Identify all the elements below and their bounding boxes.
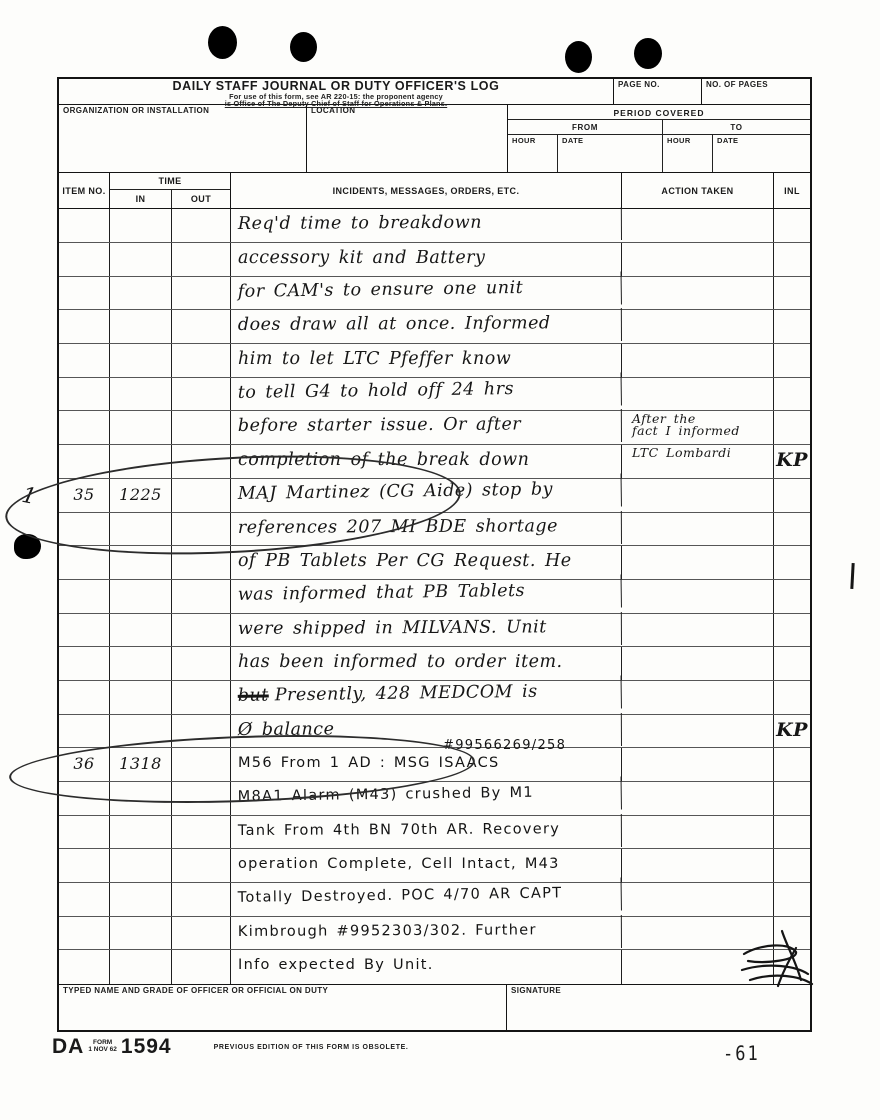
hole-punch-mark xyxy=(290,32,317,62)
time-out-cell xyxy=(172,950,231,984)
initials-cell xyxy=(774,546,810,579)
form-header: DAILY STAFF JOURNAL OR DUTY OFFICER'S LO… xyxy=(59,79,810,105)
initials-cell: KP xyxy=(774,445,810,478)
initials-cell xyxy=(774,681,810,714)
action-taken-cell: After the fact I informed xyxy=(622,411,774,444)
time-out-cell xyxy=(172,445,231,478)
time-out-cell xyxy=(172,344,231,377)
time-in-cell xyxy=(110,513,172,546)
no-of-pages-label: NO. OF PAGES xyxy=(702,79,810,90)
time-in-cell xyxy=(110,344,172,377)
action-taken-cell xyxy=(622,580,774,613)
action-taken-header: ACTION TAKEN xyxy=(622,173,774,208)
table-row: 36 1318 M56 From 1 AD : MSG ISAACS #9956… xyxy=(59,748,810,782)
item-no-cell xyxy=(59,849,110,882)
initials-cell xyxy=(774,816,810,849)
initials-cell xyxy=(774,849,810,882)
time-out-cell xyxy=(172,715,231,748)
initials-cell xyxy=(774,580,810,613)
item-no-cell xyxy=(59,411,110,444)
action-taken-cell xyxy=(622,479,774,512)
no-of-pages-box: NO. OF PAGES xyxy=(702,79,810,104)
time-out-cell xyxy=(172,277,231,310)
time-out-cell xyxy=(172,816,231,849)
action-taken-cell xyxy=(622,782,774,815)
time-out-cell xyxy=(172,243,231,276)
action-taken-cell xyxy=(622,344,774,377)
hour-label: HOUR xyxy=(663,135,712,145)
initials-cell xyxy=(774,411,810,444)
item-no-header: ITEM NO. xyxy=(59,173,110,208)
incidents-cell: MAJ Martinez (CG Aide) stop by xyxy=(231,473,622,511)
date-label: DATE xyxy=(713,135,810,145)
initials-cell xyxy=(774,782,810,815)
time-out-cell xyxy=(172,479,231,512)
table-row: to tell G4 to hold off 24 hrs xyxy=(59,378,810,412)
organization-label: ORGANIZATION OR INSTALLATION xyxy=(59,105,306,116)
time-out-label: OUT xyxy=(172,190,230,208)
form-number: 1594 xyxy=(121,1036,172,1057)
table-row: for CAM's to ensure one unit xyxy=(59,277,810,311)
time-out-cell xyxy=(172,614,231,647)
to-date-box: DATE xyxy=(713,135,810,172)
time-in-cell xyxy=(110,243,172,276)
item-no-cell xyxy=(59,243,110,276)
item-no-cell xyxy=(59,378,110,411)
initials-cell xyxy=(774,647,810,680)
action-taken-cell xyxy=(622,647,774,680)
table-row: of PB Tablets Per CG Request. He xyxy=(59,546,810,580)
initials-cell xyxy=(774,378,810,411)
time-in-cell xyxy=(110,883,172,916)
organization-box: ORGANIZATION OR INSTALLATION xyxy=(59,105,307,172)
item-no-cell xyxy=(59,647,110,680)
action-taken-cell xyxy=(622,748,774,781)
table-row: M8A1 Alarm (M43) crushed By M1 xyxy=(59,782,810,816)
signature-scrawl xyxy=(738,928,822,992)
margin-mark: 1 xyxy=(20,483,39,510)
incidents-cell: Tank From 4th BN 70th AR. Recovery xyxy=(231,814,622,849)
initials-cell: KP xyxy=(774,715,810,748)
incidents-cell: Req'd time to breakdown xyxy=(231,207,622,242)
incidents-cell: was informed that PB Tablets xyxy=(231,574,622,612)
time-in-cell xyxy=(110,614,172,647)
typed-name-label: TYPED NAME AND GRADE OF OFFICER OR OFFIC… xyxy=(59,985,506,996)
time-out-cell xyxy=(172,917,231,950)
table-row: Totally Destroyed. POC 4/70 AR CAPT xyxy=(59,883,810,917)
action-taken-cell xyxy=(622,243,774,276)
obsolete-note: PREVIOUS EDITION OF THIS FORM IS OBSOLET… xyxy=(214,1044,409,1051)
time-in-cell xyxy=(110,277,172,310)
from-label: FROM xyxy=(508,120,663,134)
form-prefix: DA xyxy=(52,1036,84,1057)
initials-cell xyxy=(774,277,810,310)
hole-punch-mark xyxy=(208,26,237,59)
time-in-cell xyxy=(110,580,172,613)
action-taken-cell xyxy=(622,816,774,849)
action-taken-cell xyxy=(622,614,774,647)
initials-cell xyxy=(774,310,810,343)
table-row: Info expected By Unit. xyxy=(59,950,810,984)
action-taken-cell xyxy=(622,378,774,411)
table-column-headers: ITEM NO. TIME IN OUT INCIDENTS, MESSAGES… xyxy=(59,173,810,209)
incidents-cell: does draw all at once. Informed xyxy=(231,308,622,343)
item-no-cell xyxy=(59,950,110,984)
form-word: FORM xyxy=(93,1039,112,1046)
item-no-cell xyxy=(59,715,110,748)
time-out-cell xyxy=(172,580,231,613)
page-no-box: PAGE NO. xyxy=(614,79,702,104)
incidents-cell: Info expected By Unit. xyxy=(231,950,622,984)
initials-cell xyxy=(774,209,810,242)
table-row: does draw all at once. Informed xyxy=(59,310,810,344)
item-no-cell xyxy=(59,546,110,579)
table-row: completion of the break down LTC Lombard… xyxy=(59,445,810,479)
incidents-header: INCIDENTS, MESSAGES, ORDERS, ETC. xyxy=(231,173,622,208)
incidents-cell: Totally Destroyed. POC 4/70 AR CAPT xyxy=(231,878,622,916)
hole-punch-mark xyxy=(565,41,592,73)
initials-cell xyxy=(774,344,810,377)
time-in-cell xyxy=(110,849,172,882)
incidents-cell: completion of the break down xyxy=(231,445,622,478)
item-no-cell xyxy=(59,310,110,343)
ink-blob-mark xyxy=(14,534,41,559)
hour-label: HOUR xyxy=(508,135,557,145)
item-no-cell: 35 xyxy=(59,479,110,512)
table-row: him to let LTC Pfeffer know xyxy=(59,344,810,378)
action-taken-cell xyxy=(622,513,774,546)
time-out-cell xyxy=(172,310,231,343)
incidents-cell: has been informed to order item. xyxy=(231,647,622,680)
table-row: was informed that PB Tablets xyxy=(59,580,810,614)
table-row: operation Complete, Cell Intact, M43 xyxy=(59,849,810,883)
action-taken-cell xyxy=(622,849,774,882)
form-title: DAILY STAFF JOURNAL OR DUTY OFFICER'S LO… xyxy=(59,80,613,93)
item-no-cell xyxy=(59,782,110,815)
incidents-cell: before starter issue. Or after xyxy=(231,409,622,444)
item-no-cell xyxy=(59,513,110,546)
time-in-cell xyxy=(110,715,172,748)
incidents-cell: references 207 MI BDE shortage xyxy=(231,511,622,546)
time-in-cell xyxy=(110,310,172,343)
item-no-cell: 36 xyxy=(59,748,110,781)
form-footer: TYPED NAME AND GRADE OF OFFICER OR OFFIC… xyxy=(59,984,810,1030)
incidents-cell: M8A1 Alarm (M43) crushed By M1 xyxy=(231,777,622,815)
time-label: TIME xyxy=(110,173,230,190)
form-edition-date: 1 NOV 62 xyxy=(88,1046,117,1053)
action-taken-cell xyxy=(622,883,774,916)
info-section: ORGANIZATION OR INSTALLATION LOCATION PE… xyxy=(59,105,810,173)
time-out-cell xyxy=(172,782,231,815)
incidents-cell: accessory kit and Battery xyxy=(231,243,622,276)
time-in-cell xyxy=(110,681,172,714)
right-edge-mark xyxy=(850,563,854,589)
action-taken-cell xyxy=(622,681,774,714)
time-in-cell xyxy=(110,647,172,680)
time-in-cell xyxy=(110,546,172,579)
initials-cell xyxy=(774,883,810,916)
form-title-block: DAILY STAFF JOURNAL OR DUTY OFFICER'S LO… xyxy=(59,79,614,104)
form-number-line: DA FORM 1 NOV 62 1594 PREVIOUS EDITION O… xyxy=(52,1036,408,1057)
log-table-body: Req'd time to breakdown accessory kit an… xyxy=(59,209,810,984)
item-no-cell xyxy=(59,883,110,916)
table-row: Kimbrough #9952303/302. Further xyxy=(59,917,810,951)
form-edition: FORM 1 NOV 62 xyxy=(88,1039,117,1054)
incidents-cell: of PB Tablets Per CG Request. He xyxy=(231,546,622,579)
reference-number: #99566269/258 xyxy=(443,739,566,752)
time-out-cell xyxy=(172,411,231,444)
time-in-out-row: IN OUT xyxy=(110,190,230,208)
hour-date-row: HOUR DATE HOUR DATE xyxy=(508,135,810,172)
time-out-cell xyxy=(172,546,231,579)
initials-cell xyxy=(774,748,810,781)
item-no-cell xyxy=(59,614,110,647)
period-covered-box: PERIOD COVERED FROM TO HOUR DATE HOUR DA… xyxy=(508,105,810,172)
time-out-cell xyxy=(172,209,231,242)
inl-header: INL xyxy=(774,173,810,208)
table-row: before starter issue. Or after After the… xyxy=(59,411,810,445)
incidents-cell: were shipped in MILVANS. Unit xyxy=(231,612,622,647)
to-hour-box: HOUR xyxy=(663,135,713,172)
action-taken-cell xyxy=(622,546,774,579)
time-in-cell xyxy=(110,209,172,242)
table-row: 35 1225 MAJ Martinez (CG Aide) stop by xyxy=(59,479,810,513)
location-label: LOCATION xyxy=(307,105,507,116)
table-row: has been informed to order item. xyxy=(59,647,810,681)
time-in-cell: 1318 xyxy=(110,748,172,781)
typed-name-box: TYPED NAME AND GRADE OF OFFICER OR OFFIC… xyxy=(59,985,507,1030)
incidents-cell: M56 From 1 AD : MSG ISAACS xyxy=(231,748,622,781)
time-in-cell xyxy=(110,378,172,411)
table-row: were shipped in MILVANS. Unit xyxy=(59,614,810,648)
table-row: butPresently, 428 MEDCOM is xyxy=(59,681,810,715)
item-no-cell xyxy=(59,445,110,478)
period-covered-label: PERIOD COVERED xyxy=(508,105,810,120)
time-in-cell xyxy=(110,445,172,478)
initials-cell xyxy=(774,243,810,276)
item-no-cell xyxy=(59,917,110,950)
time-out-cell xyxy=(172,647,231,680)
time-in-cell: 1225 xyxy=(110,479,172,512)
incidents-cell: to tell G4 to hold off 24 hrs xyxy=(231,372,622,410)
incidents-cell: Kimbrough #9952303/302. Further xyxy=(231,915,622,950)
time-out-cell xyxy=(172,849,231,882)
page-corner-number: -61 xyxy=(723,1043,760,1066)
table-row: Req'd time to breakdown xyxy=(59,209,810,243)
time-out-cell xyxy=(172,748,231,781)
struck-out-word: but xyxy=(238,685,269,705)
table-row: accessory kit and Battery xyxy=(59,243,810,277)
table-row: references 207 MI BDE shortage xyxy=(59,513,810,547)
table-row: Tank From 4th BN 70th AR. Recovery xyxy=(59,816,810,850)
item-no-cell xyxy=(59,816,110,849)
from-to-row: FROM TO xyxy=(508,120,810,135)
initials-cell xyxy=(774,479,810,512)
time-header: TIME IN OUT xyxy=(110,173,231,208)
time-in-cell xyxy=(110,950,172,984)
incidents-cell: him to let LTC Pfeffer know xyxy=(231,344,622,377)
time-out-cell xyxy=(172,681,231,714)
initials-cell xyxy=(774,513,810,546)
action-taken-cell xyxy=(622,277,774,310)
incidents-cell: butPresently, 428 MEDCOM is xyxy=(231,676,622,714)
time-out-cell xyxy=(172,378,231,411)
table-row: Ø balance KP xyxy=(59,715,810,749)
incidents-cell: for CAM's to ensure one unit xyxy=(231,271,622,309)
hole-punch-mark xyxy=(634,38,662,69)
incidents-cell: operation Complete, Cell Intact, M43 xyxy=(231,849,622,882)
da-form-1594: DAILY STAFF JOURNAL OR DUTY OFFICER'S LO… xyxy=(57,77,812,1032)
item-no-cell xyxy=(59,277,110,310)
action-taken-cell xyxy=(622,715,774,748)
item-no-cell xyxy=(59,344,110,377)
time-in-cell xyxy=(110,411,172,444)
from-date-box: DATE xyxy=(558,135,663,172)
item-no-cell xyxy=(59,580,110,613)
time-in-cell xyxy=(110,816,172,849)
time-in-cell xyxy=(110,917,172,950)
initials-cell xyxy=(774,614,810,647)
item-no-cell xyxy=(59,209,110,242)
from-hour-box: HOUR xyxy=(508,135,558,172)
time-in-label: IN xyxy=(110,190,172,208)
location-box: LOCATION xyxy=(307,105,508,172)
page-no-label: PAGE NO. xyxy=(614,79,701,90)
time-in-cell xyxy=(110,782,172,815)
action-taken-cell xyxy=(622,310,774,343)
action-taken-cell: LTC Lombardi xyxy=(622,445,774,478)
scanned-document-page: DAILY STAFF JOURNAL OR DUTY OFFICER'S LO… xyxy=(0,0,880,1120)
date-label: DATE xyxy=(558,135,662,145)
item-no-cell xyxy=(59,681,110,714)
to-label: TO xyxy=(663,120,810,134)
action-taken-cell xyxy=(622,209,774,242)
time-out-cell xyxy=(172,513,231,546)
time-out-cell xyxy=(172,883,231,916)
